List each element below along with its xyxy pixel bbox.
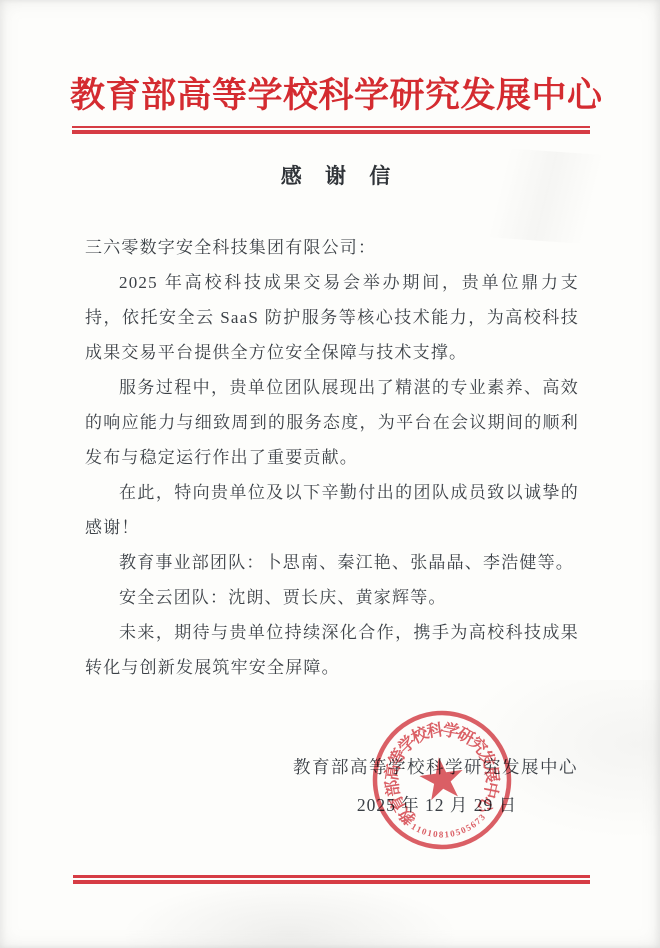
divider-line-thick (72, 130, 590, 134)
divider-line-thick (73, 880, 590, 884)
svg-text:8: 8 (439, 829, 444, 839)
svg-text:1: 1 (415, 824, 424, 835)
paragraph: 安全云团队：沈朗、贾长庆、黄家辉等。 (85, 580, 579, 615)
svg-text:5: 5 (464, 822, 473, 833)
scanned-letter-page: 教育部高等学校科学研究发展中心 感 谢 信 三六零数字安全科技集团有限公司： 2… (0, 0, 660, 948)
paragraph: 在此，特向贵单位及以下辛勤付出的团队成员致以诚挚的感谢！ (85, 475, 579, 545)
svg-text:科: 科 (425, 719, 445, 741)
svg-text:学: 学 (394, 731, 420, 757)
svg-text:1: 1 (409, 821, 418, 832)
svg-text:0: 0 (449, 828, 456, 839)
scan-smudge (120, 880, 460, 948)
svg-text:研: 研 (454, 724, 478, 749)
letterhead-title: 教育部高等学校科学研究发展中心 (70, 68, 590, 116)
paragraph: 未来，期待与贵单位持续深化合作，携手为高校科技成果转化与创新发展筑牢安全屏障。 (85, 615, 579, 685)
seal-border-ring (366, 704, 517, 855)
svg-text:0: 0 (459, 824, 468, 835)
date-line: 2025 年 12 月 29 日 (356, 792, 518, 817)
letter-body: 三六零数字安全科技集团有限公司： 2025 年高校科技成果交易会举办期间，贵单位… (85, 230, 579, 685)
svg-text:7: 7 (473, 816, 483, 827)
signature-line: 教育部高等学校科学研究发展中心 (293, 754, 578, 779)
svg-text:0: 0 (433, 829, 439, 840)
svg-text:5: 5 (454, 827, 462, 838)
paragraph: 服务过程中，贵单位团队展现出了精湛的专业素养、高效的响应能力与细致周到的服务态度… (85, 370, 579, 475)
paragraph: 教育事业部团队：卜思南、秦江艳、张晶晶、李浩健等。 (85, 545, 579, 580)
svg-text:学: 学 (441, 719, 461, 742)
salutation: 三六零数字安全科技集团有限公司： (85, 230, 579, 265)
svg-text:1: 1 (426, 828, 433, 839)
svg-text:0: 0 (421, 826, 429, 837)
letter-title: 感 谢 信 (80, 160, 600, 190)
svg-text:校: 校 (407, 722, 432, 748)
paragraph: 2025 年高校科技成果交易会举办期间，贵单位鼎力支持，依托安全云 SaaS 防… (85, 265, 579, 370)
footer-divider (73, 875, 590, 884)
official-seal: 教育部高等学校科学研究发展中心 11010810505673 (355, 693, 529, 867)
letterhead-divider (72, 126, 590, 134)
svg-text:6: 6 (469, 819, 479, 830)
svg-text:1: 1 (444, 829, 450, 839)
